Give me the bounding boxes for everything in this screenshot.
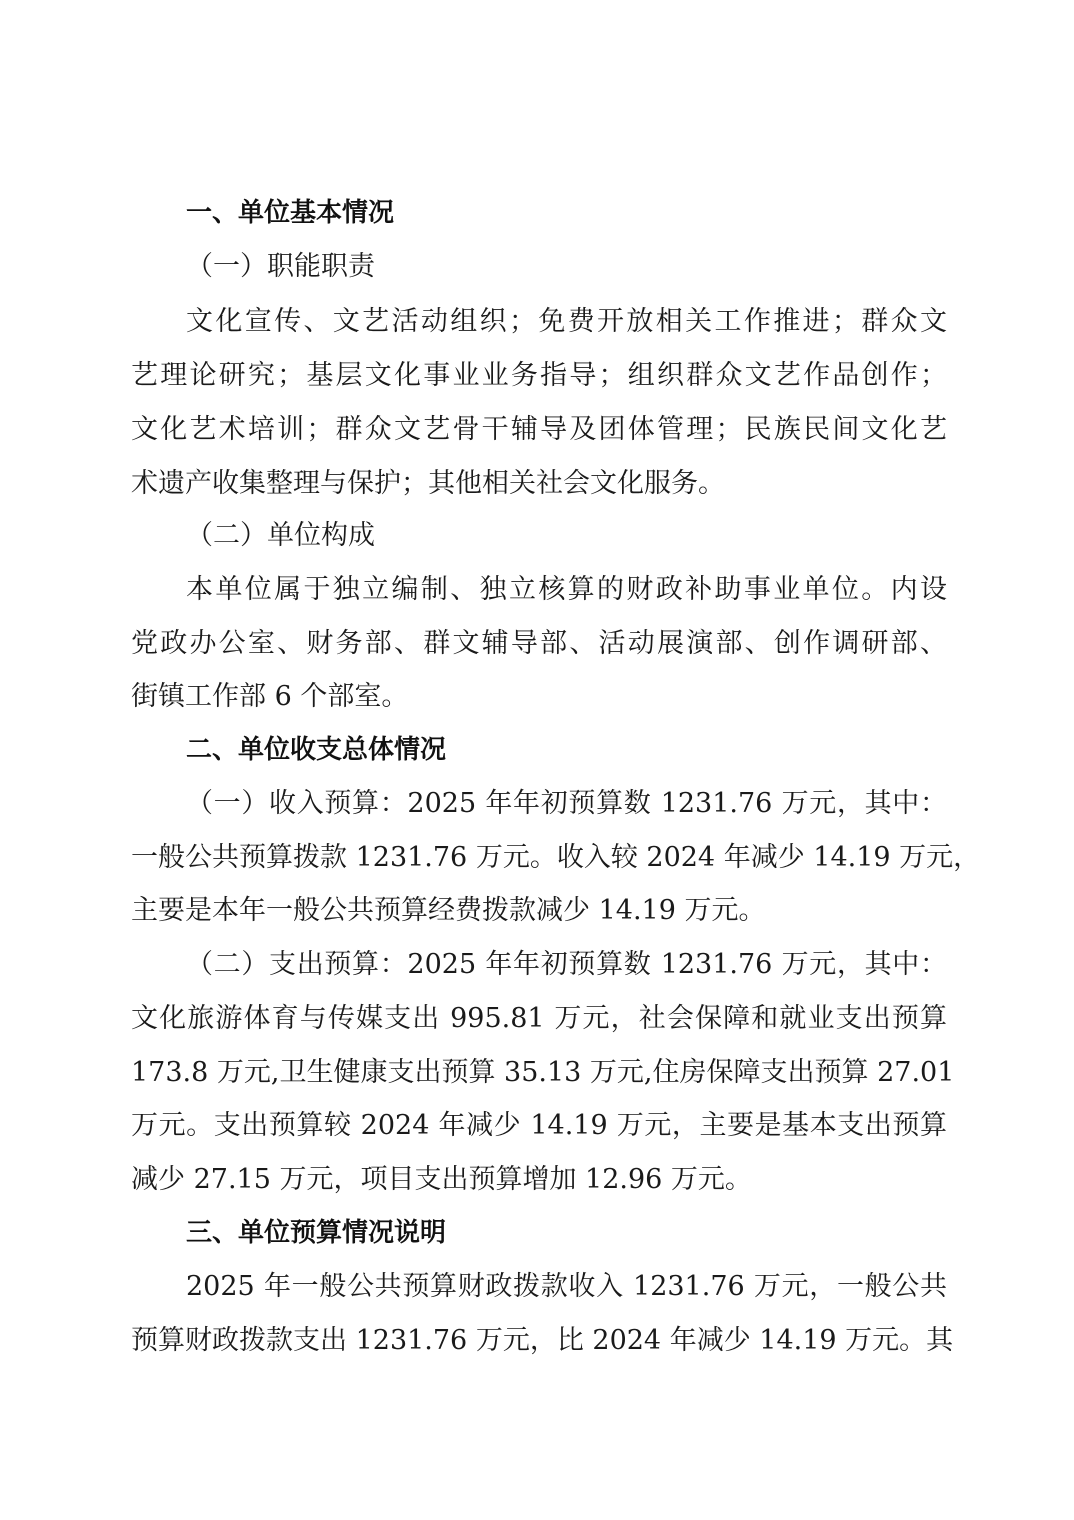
- subsection-heading-functions: （一）职能职责: [186, 240, 375, 294]
- section-heading-basic-info: 一、单位基本情况: [186, 186, 394, 240]
- section-heading-income-expenditure: 二、单位收支总体情况: [186, 723, 446, 777]
- paragraph-line: 文化艺术培训；群众文艺骨干辅导及团体管理；民族民间文化艺: [131, 403, 947, 457]
- paragraph-line: 预算财政拨款支出 1231.76 万元，比 2024 年减少 14.19 万元。…: [131, 1314, 947, 1368]
- paragraph-line: 减少 27.15 万元，项目支出预算增加 12.96 万元。: [131, 1153, 947, 1207]
- paragraph-line: （二）支出预算：2025 年年初预算数 1231.76 万元，其中：: [186, 938, 947, 992]
- document-page: 一、单位基本情况 （一）职能职责 文化宣传、文艺活动组织；免费开放相关工作推进；…: [0, 0, 1074, 1520]
- paragraph-line: 万元。支出预算较 2024 年减少 14.19 万元，主要是基本支出预算: [131, 1099, 947, 1153]
- paragraph-line: 党政办公室、财务部、群文辅导部、活动展演部、创作调研部、: [131, 617, 947, 671]
- paragraph-line: 173.8 万元,卫生健康支出预算 35.13 万元,住房保障支出预算 27.0…: [131, 1046, 947, 1100]
- section-heading-budget-explanation: 三、单位预算情况说明: [186, 1206, 446, 1260]
- paragraph-line: 主要是本年一般公共预算经费拨款减少 14.19 万元。: [131, 884, 947, 938]
- paragraph-line: 2025 年一般公共预算财政拨款收入 1231.76 万元，一般公共: [186, 1260, 947, 1314]
- paragraph-line: 文化旅游体育与传媒支出 995.81 万元，社会保障和就业支出预算: [131, 992, 947, 1046]
- paragraph-line: （一）收入预算：2025 年年初预算数 1231.76 万元，其中：: [186, 777, 947, 831]
- paragraph-line: 本单位属于独立编制、独立核算的财政补助事业单位。内设: [186, 563, 947, 617]
- paragraph-line: 艺理论研究；基层文化事业业务指导；组织群众文艺作品创作；: [131, 349, 947, 403]
- paragraph-line: 一般公共预算拨款 1231.76 万元。收入较 2024 年减少 14.19 万…: [131, 831, 947, 885]
- paragraph-line: 文化宣传、文艺活动组织；免费开放相关工作推进；群众文: [186, 295, 947, 349]
- paragraph-line: 街镇工作部 6 个部室。: [131, 670, 947, 724]
- subsection-heading-composition: （二）单位构成: [186, 509, 375, 563]
- paragraph-line: 术遗产收集整理与保护；其他相关社会文化服务。: [131, 457, 947, 511]
